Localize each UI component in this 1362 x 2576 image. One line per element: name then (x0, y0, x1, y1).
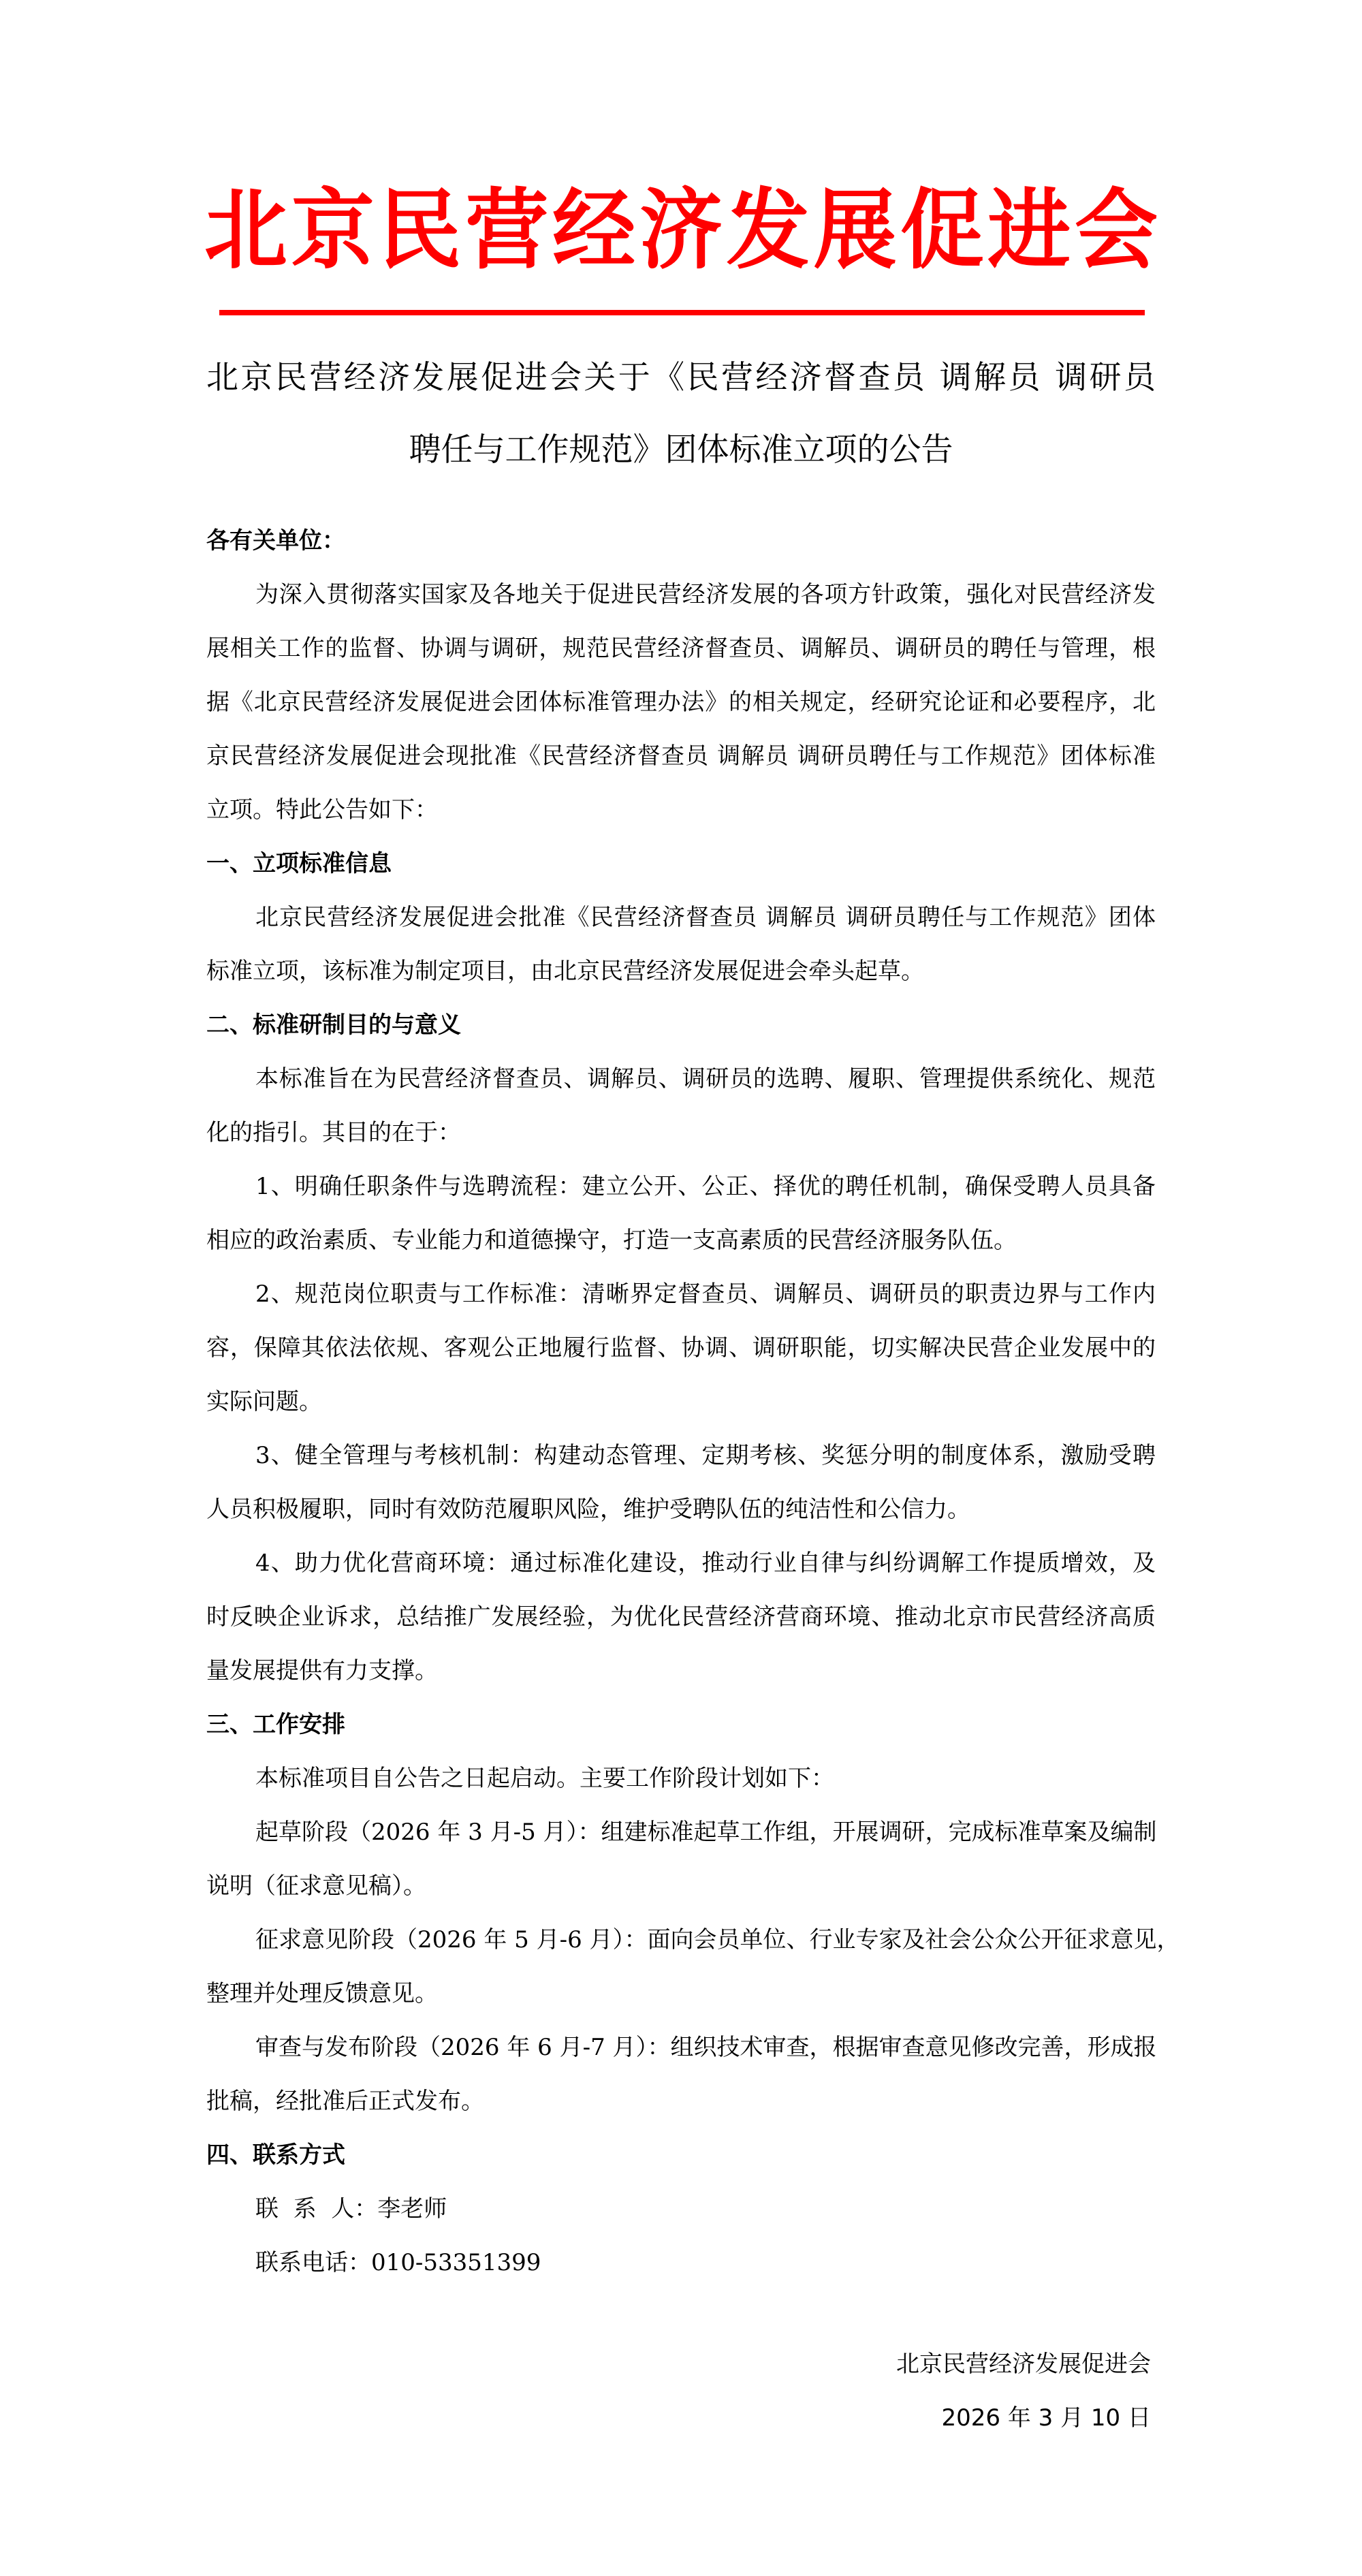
letterhead-char: 营 (465, 183, 548, 277)
letterhead-char: 会 (1075, 183, 1158, 277)
purpose-item-1: 相应的政治素质、专业能力和道德操守，打造一支高素质的民营经济服务队伍。 (206, 1214, 1156, 1268)
intro-line: 京民营经济发展促进会现批准《民营经济督查员 调解员 调研员聘任与工作规范》团体标… (206, 729, 1156, 783)
section-1-line: 标准立项，该标准为制定项目，由北京民营经济发展促进会牵头起草。 (206, 945, 1156, 999)
intro-line: 展相关工作的监督、协调与调研，规范民营经济督查员、调解员、调研员的聘任与管理，根 (206, 622, 1156, 676)
phase-review-release: 批稿，经批准后正式发布。 (206, 2075, 1156, 2129)
section-2-line: 化的指引。其目的在于： (206, 1106, 1156, 1160)
signature-block: 北京民营经济发展促进会 2026 年 3 月 10 日 (896, 2338, 1151, 2445)
purpose-item-2: 实际问题。 (206, 1375, 1156, 1429)
letterhead-char: 促 (900, 183, 983, 277)
purpose-item-2: 容，保障其依法依规、客观公正地履行监督、协调、调研职能，切实解决民营企业发展中的 (206, 1321, 1156, 1375)
section-heading-2: 二、标准研制目的与意义 (206, 999, 1156, 1052)
purpose-item-3: 3、健全管理与考核机制：构建动态管理、定期考核、奖惩分明的制度体系，激励受聘 (206, 1429, 1156, 1483)
phase-drafting: 说明（征求意见稿）。 (206, 1859, 1156, 1913)
document-title: 北京民营经济发展促进会关于《民营经济督查员 调解员 调研员 聘任与工作规范》团体… (206, 342, 1156, 486)
contact-person: 联 系 人：李老师 (206, 2182, 1156, 2236)
section-heading-4: 四、联系方式 (206, 2129, 1156, 2182)
signature-org: 北京民营经济发展促进会 (896, 2338, 1151, 2391)
purpose-item-4: 时反映企业诉求，总结推广发展经验，为优化民营经济营商环境、推动北京市民营经济高质 (206, 1590, 1156, 1644)
document-title-line-2: 聘任与工作规范》团体标准立项的公告 (206, 414, 1156, 486)
contact-phone: 联系电话：010-53351399 (206, 2236, 1156, 2290)
section-1-line: 北京民营经济发展促进会批准《民营经济督查员 调解员 调研员聘任与工作规范》团体 (206, 891, 1156, 945)
letterhead-char: 展 (814, 183, 897, 277)
salutation: 各有关单位： (206, 514, 1156, 568)
purpose-item-1: 1、明确任职条件与选聘流程：建立公开、公正、择优的聘任机制，确保受聘人员具备 (206, 1160, 1156, 1214)
purpose-item-2: 2、规范岗位职责与工作标准：清晰界定督查员、调解员、调研员的职责边界与工作内 (206, 1268, 1156, 1321)
phase-consultation: 征求意见阶段（2026 年 5 月-6 月）：面向会员单位、行业专家及社会公众公… (206, 1913, 1156, 1967)
section-heading-1: 一、立项标准信息 (206, 837, 1156, 891)
letterhead-char: 北 (204, 183, 287, 277)
document-title-line-1: 北京民营经济发展促进会关于《民营经济督查员 调解员 调研员 (206, 342, 1156, 414)
letterhead-char: 发 (727, 183, 810, 277)
letterhead-char: 民 (379, 183, 462, 277)
letterhead-org-name: 北 京 民 营 经 济 发 展 促 进 会 (204, 183, 1158, 277)
purpose-item-4: 量发展提供有力支撑。 (206, 1644, 1156, 1698)
letterhead-red-rule (219, 310, 1145, 315)
schedule-intro: 本标准项目自公告之日起启动。主要工作阶段计划如下： (206, 1752, 1156, 1806)
letterhead-char: 经 (552, 183, 635, 277)
letterhead-char: 京 (291, 183, 375, 277)
intro-line: 为深入贯彻落实国家及各地关于促进民营经济发展的各项方针政策，强化对民营经济发 (206, 568, 1156, 622)
section-2-line: 本标准旨在为民营经济督查员、调解员、调研员的选聘、履职、管理提供系统化、规范 (206, 1052, 1156, 1106)
letterhead-char: 济 (639, 183, 723, 277)
phase-consultation: 整理并处理反馈意见。 (206, 1967, 1156, 2021)
purpose-item-4: 4、助力优化营商环境：通过标准化建设，推动行业自律与纠纷调解工作提质增效，及 (206, 1537, 1156, 1590)
section-heading-3: 三、工作安排 (206, 1698, 1156, 1752)
letterhead-char: 进 (987, 183, 1071, 277)
intro-line: 据《北京民营经济发展促进会团体标准管理办法》的相关规定，经研究论证和必要程序，北 (206, 676, 1156, 729)
intro-line: 立项。特此公告如下： (206, 783, 1156, 837)
signature-date: 2026 年 3 月 10 日 (896, 2391, 1151, 2445)
phase-review-release: 审查与发布阶段（2026 年 6 月-7 月）：组织技术审查，根据审查意见修改完… (206, 2021, 1156, 2075)
purpose-item-3: 人员积极履职，同时有效防范履职风险，维护受聘队伍的纯洁性和公信力。 (206, 1483, 1156, 1537)
document-body: 各有关单位： 为深入贯彻落实国家及各地关于促进民营经济发展的各项方针政策，强化对… (206, 514, 1156, 2290)
phase-drafting: 起草阶段（2026 年 3 月-5 月）：组建标准起草工作组，开展调研，完成标准… (206, 1806, 1156, 1859)
